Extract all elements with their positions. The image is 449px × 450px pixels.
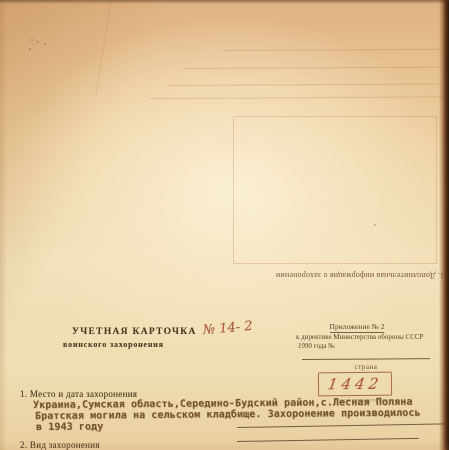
annex-directive: к директиве Министерства обороны СССР: [296, 333, 418, 343]
rotated-section-11-heading: 11. Дополнительная информация о захороне…: [236, 271, 448, 280]
typed-answer-line-3: в 1943 году: [36, 421, 103, 433]
bleed-line-2: [183, 67, 449, 69]
ink-speck: [29, 48, 31, 50]
burial-registration-card-scan: 11. Дополнительная информация о захороне…: [0, 0, 449, 450]
separator-line: [302, 358, 430, 360]
annex-title: Приложение № 2: [330, 322, 385, 333]
ink-speck: [44, 43, 46, 45]
section-1-label: 1. Место и дата захоронения: [20, 389, 137, 399]
typed-answer-line-2: Братская могила на сельском кладбище. За…: [35, 408, 421, 422]
ink-speck: [37, 41, 39, 43]
card-number-handwritten: № 14- 2: [202, 319, 253, 338]
bleed-line-4: [150, 96, 449, 99]
annex-year: 1990 года №: [298, 342, 418, 352]
paper-speck: [374, 224, 376, 226]
country-label: страна: [302, 363, 430, 371]
bleed-line-1: [222, 49, 449, 51]
annex-block: Приложение № 2 к директиве Министерства …: [296, 322, 418, 352]
card-title-row: УЧЕТНАЯ КАРТОЧКА№ 14- 2: [72, 321, 252, 339]
bleed-rectangle: [233, 116, 437, 264]
answer-rule-1: [237, 423, 446, 428]
section-2-label: 2. Вид захоронения: [20, 440, 100, 450]
answer-rule-2: [237, 438, 419, 442]
card-number-box: 1442: [318, 372, 392, 397]
paper-crease: [96, 1, 112, 95]
bleed-line-3: [168, 84, 449, 86]
card-subtitle: воинского захоронения: [63, 340, 164, 349]
card-title: УЧЕТНАЯ КАРТОЧКА: [72, 327, 197, 337]
ink-speck: [31, 39, 33, 41]
card-number-value: 1442: [326, 375, 383, 393]
page-edge-shadow: [439, 0, 449, 450]
